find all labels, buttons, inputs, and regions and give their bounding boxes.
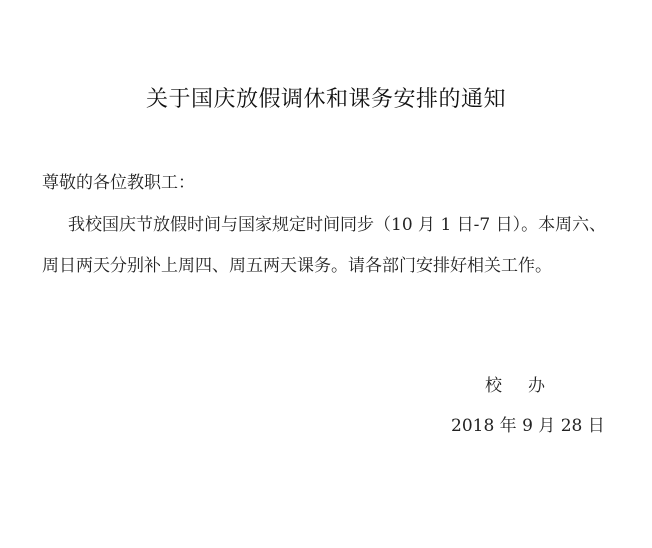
signature-org-char-1: 校 — [485, 376, 502, 396]
signature-organization: 校办 — [485, 371, 545, 396]
salutation: 尊敬的各位教职工： — [42, 168, 195, 193]
signature-org-char-2: 办 — [528, 376, 545, 396]
document-title: 关于国庆放假调休和课务安排的通知 — [0, 82, 652, 113]
signature-date: 2018 年 9 月 28 日 — [451, 411, 605, 436]
body-paragraph: 我校国庆节放假时间与国家规定时间同步（10 月 1 日-7 日）。本周六、周日两… — [42, 205, 607, 286]
